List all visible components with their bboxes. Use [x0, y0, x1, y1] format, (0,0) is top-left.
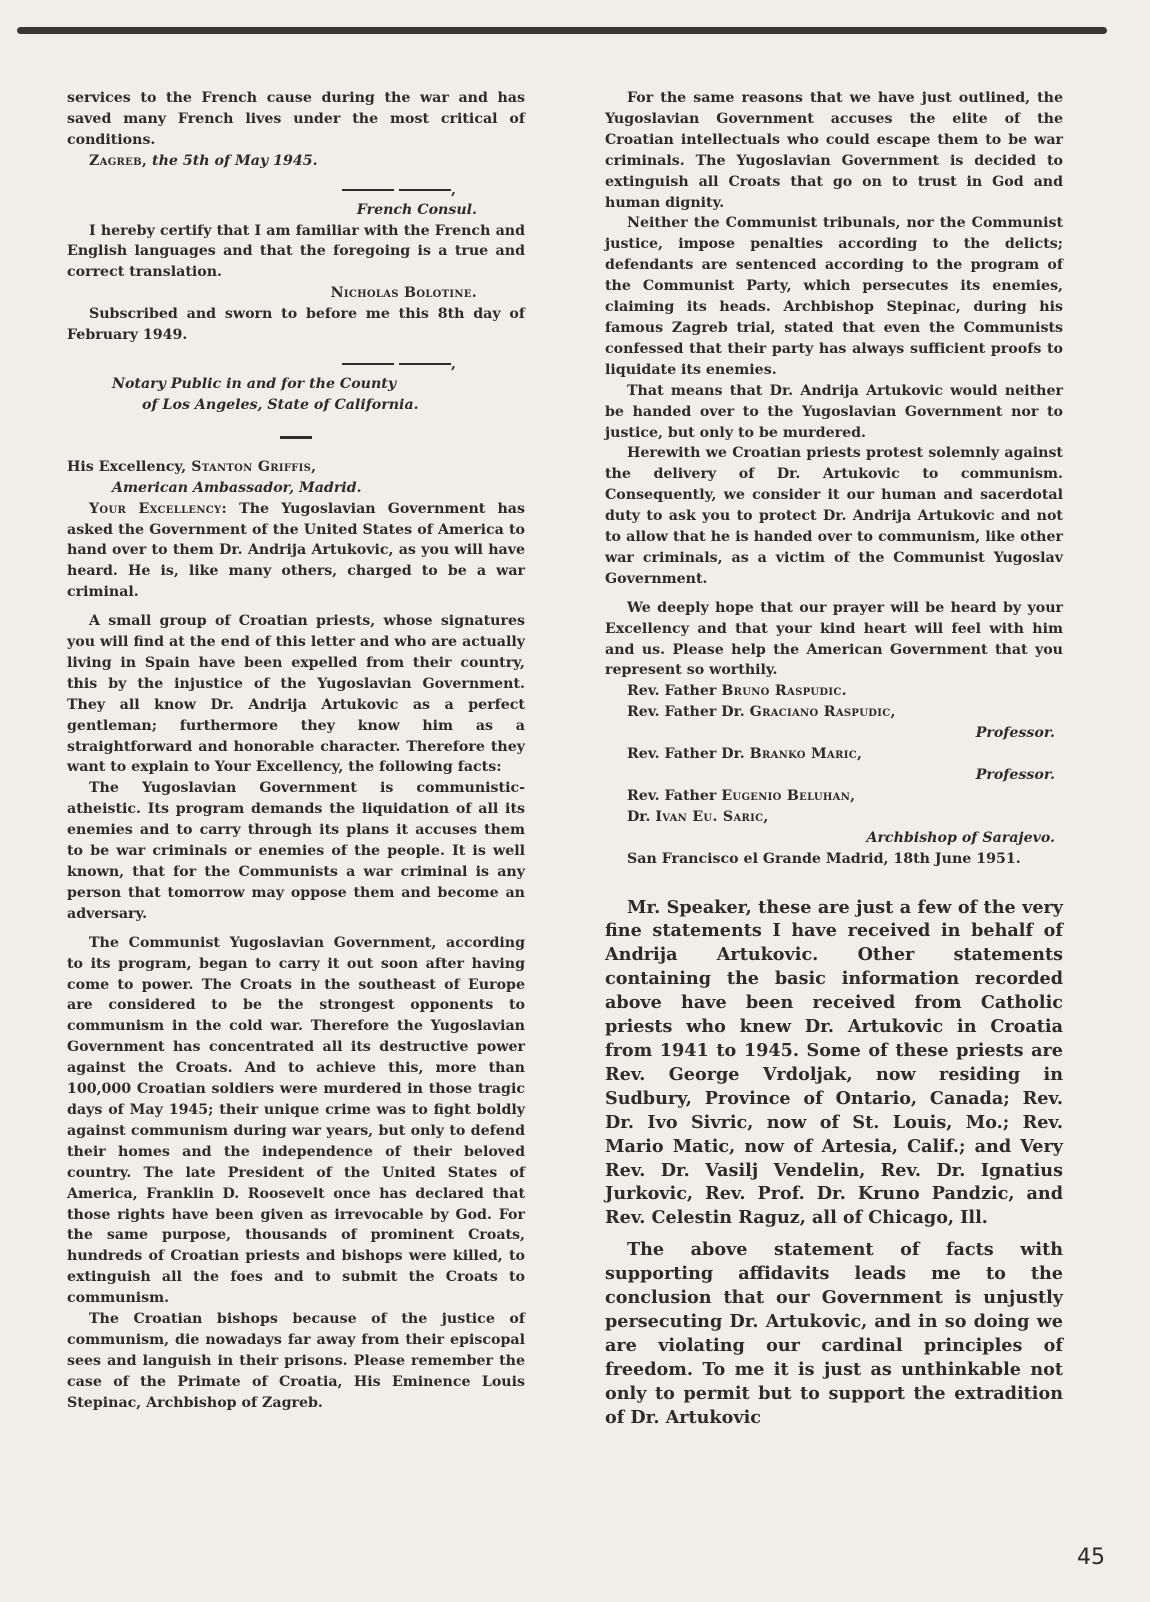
page-number: 45	[1077, 1545, 1105, 1570]
addressee: His Excellency, Stanton Griffis,	[67, 457, 525, 478]
signature-blank-consul: ,	[67, 180, 525, 200]
signatory-title: Archbishop of Sarajevo.	[605, 828, 1063, 849]
paragraph-protest: Herewith we Croatian priests protest sol…	[605, 443, 1063, 589]
letter-intro: Your Excellency: The Yugoslavian Governm…	[67, 499, 525, 604]
header-rule	[17, 27, 1107, 34]
paragraph-means: That means that Dr. Andrija Artukovic wo…	[605, 381, 1063, 444]
signatory: Rev. Father Eugenio Beluhan,	[605, 786, 1063, 807]
consul-letter-ending: services to the French cause during the …	[67, 88, 525, 151]
paragraph-bishops: The Croatian bishops because of the just…	[67, 1309, 525, 1414]
notary-line-2: of Los Angeles, State of California.	[67, 395, 525, 416]
paragraph-hope: We deeply hope that our prayer will be h…	[605, 598, 1063, 682]
signatory-title: Professor.	[605, 765, 1063, 786]
translator-certification: I hereby certify that I am familiar with…	[67, 221, 525, 284]
dateline: Zagreb, the 5th of May 1945.	[67, 151, 525, 172]
paragraph-reasons: For the same reasons that we have just o…	[605, 88, 1063, 213]
signatory-name: Ivan Eu. Saric,	[655, 809, 768, 825]
consul-title: French Consul.	[67, 200, 525, 221]
signatory-name: Eugenio Beluhan,	[721, 788, 855, 804]
signatory: Dr. Ivan Eu. Saric,	[605, 807, 1063, 828]
addressee-name: Stanton Griffis,	[191, 459, 316, 475]
paragraph-croats: The Communist Yugoslavian Government, ac…	[67, 933, 525, 1309]
left-column: services to the French cause during the …	[67, 88, 525, 1414]
salutation: Your Excellency:	[89, 501, 227, 517]
paragraph-program: The Yugoslavian Government is communisti…	[67, 778, 525, 924]
signatory-name: Bruno Raspudic.	[721, 683, 847, 699]
addressee-title: American Ambassador, Madrid.	[67, 478, 525, 499]
signatory: Rev. Father Dr. Graciano Raspudic,	[605, 702, 1063, 723]
dateline-date: the 5th of May 1945.	[147, 153, 317, 169]
notary-line-1: Notary Public in and for the County	[67, 374, 525, 395]
signatory-name: Graciano Raspudic,	[750, 704, 896, 720]
section-divider	[280, 436, 312, 439]
right-column: For the same reasons that we have just o…	[605, 88, 1063, 1429]
speech-paragraph-1: Mr. Speaker, these are just a few of the…	[605, 896, 1063, 1231]
signatory-name: Branko Maric,	[750, 746, 863, 762]
signature-blank-notary: ,	[67, 354, 525, 374]
translator-name: Nicholas Bolotine.	[67, 283, 525, 304]
signatory: Rev. Father Dr. Branko Maric,	[605, 744, 1063, 765]
paragraph-tribunals: Neither the Communist tribunals, nor the…	[605, 213, 1063, 380]
dateline-place: Zagreb,	[89, 153, 147, 169]
signatory: Rev. Father Bruno Raspudic.	[605, 681, 1063, 702]
speech-paragraph-2: The above statement of facts with suppor…	[605, 1238, 1063, 1429]
paragraph-priests-group: A small group of Croatian priests, whose…	[67, 611, 525, 778]
signatory-title: Professor.	[605, 723, 1063, 744]
sworn-statement: Subscribed and sworn to before me this 8…	[67, 304, 525, 346]
letter-place-date: San Francisco el Grande Madrid, 18th Jun…	[605, 849, 1063, 870]
